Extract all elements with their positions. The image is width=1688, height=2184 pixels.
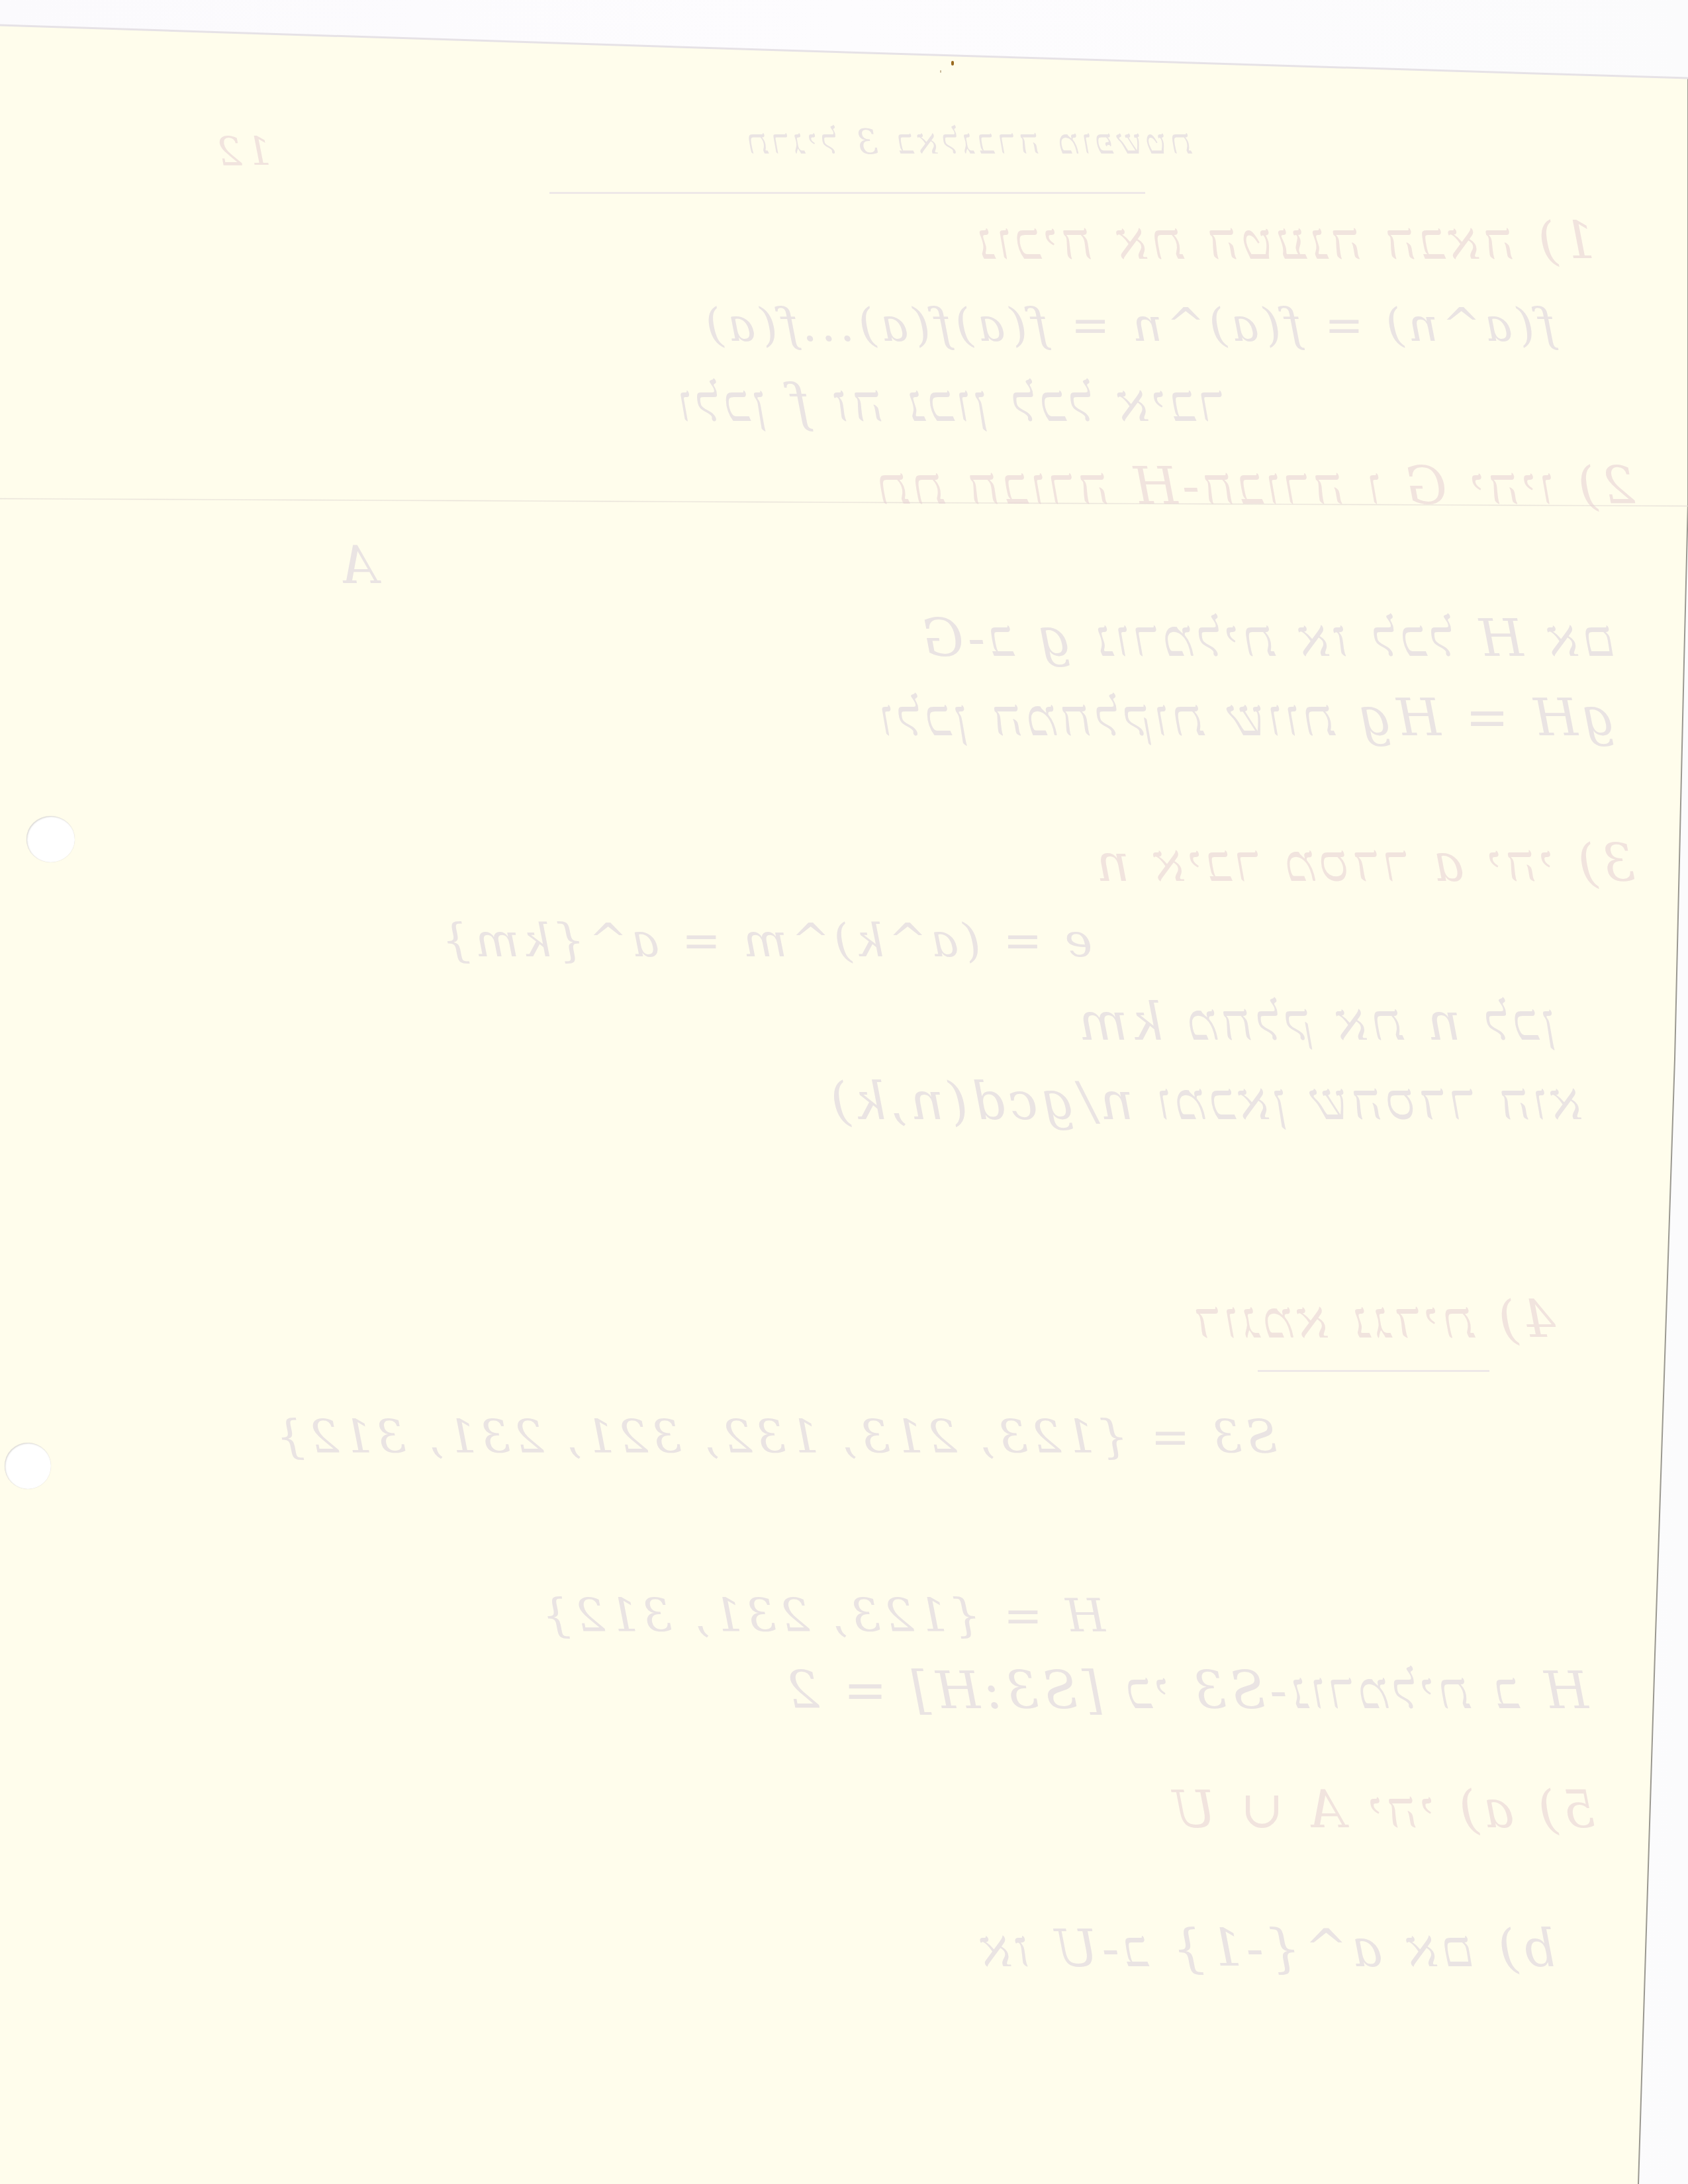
ink-speck [940,70,941,73]
paper-sheet [0,0,1688,2184]
punch-hole [5,1443,51,1489]
punch-hole [26,816,75,862]
ink-speck [951,61,954,66]
